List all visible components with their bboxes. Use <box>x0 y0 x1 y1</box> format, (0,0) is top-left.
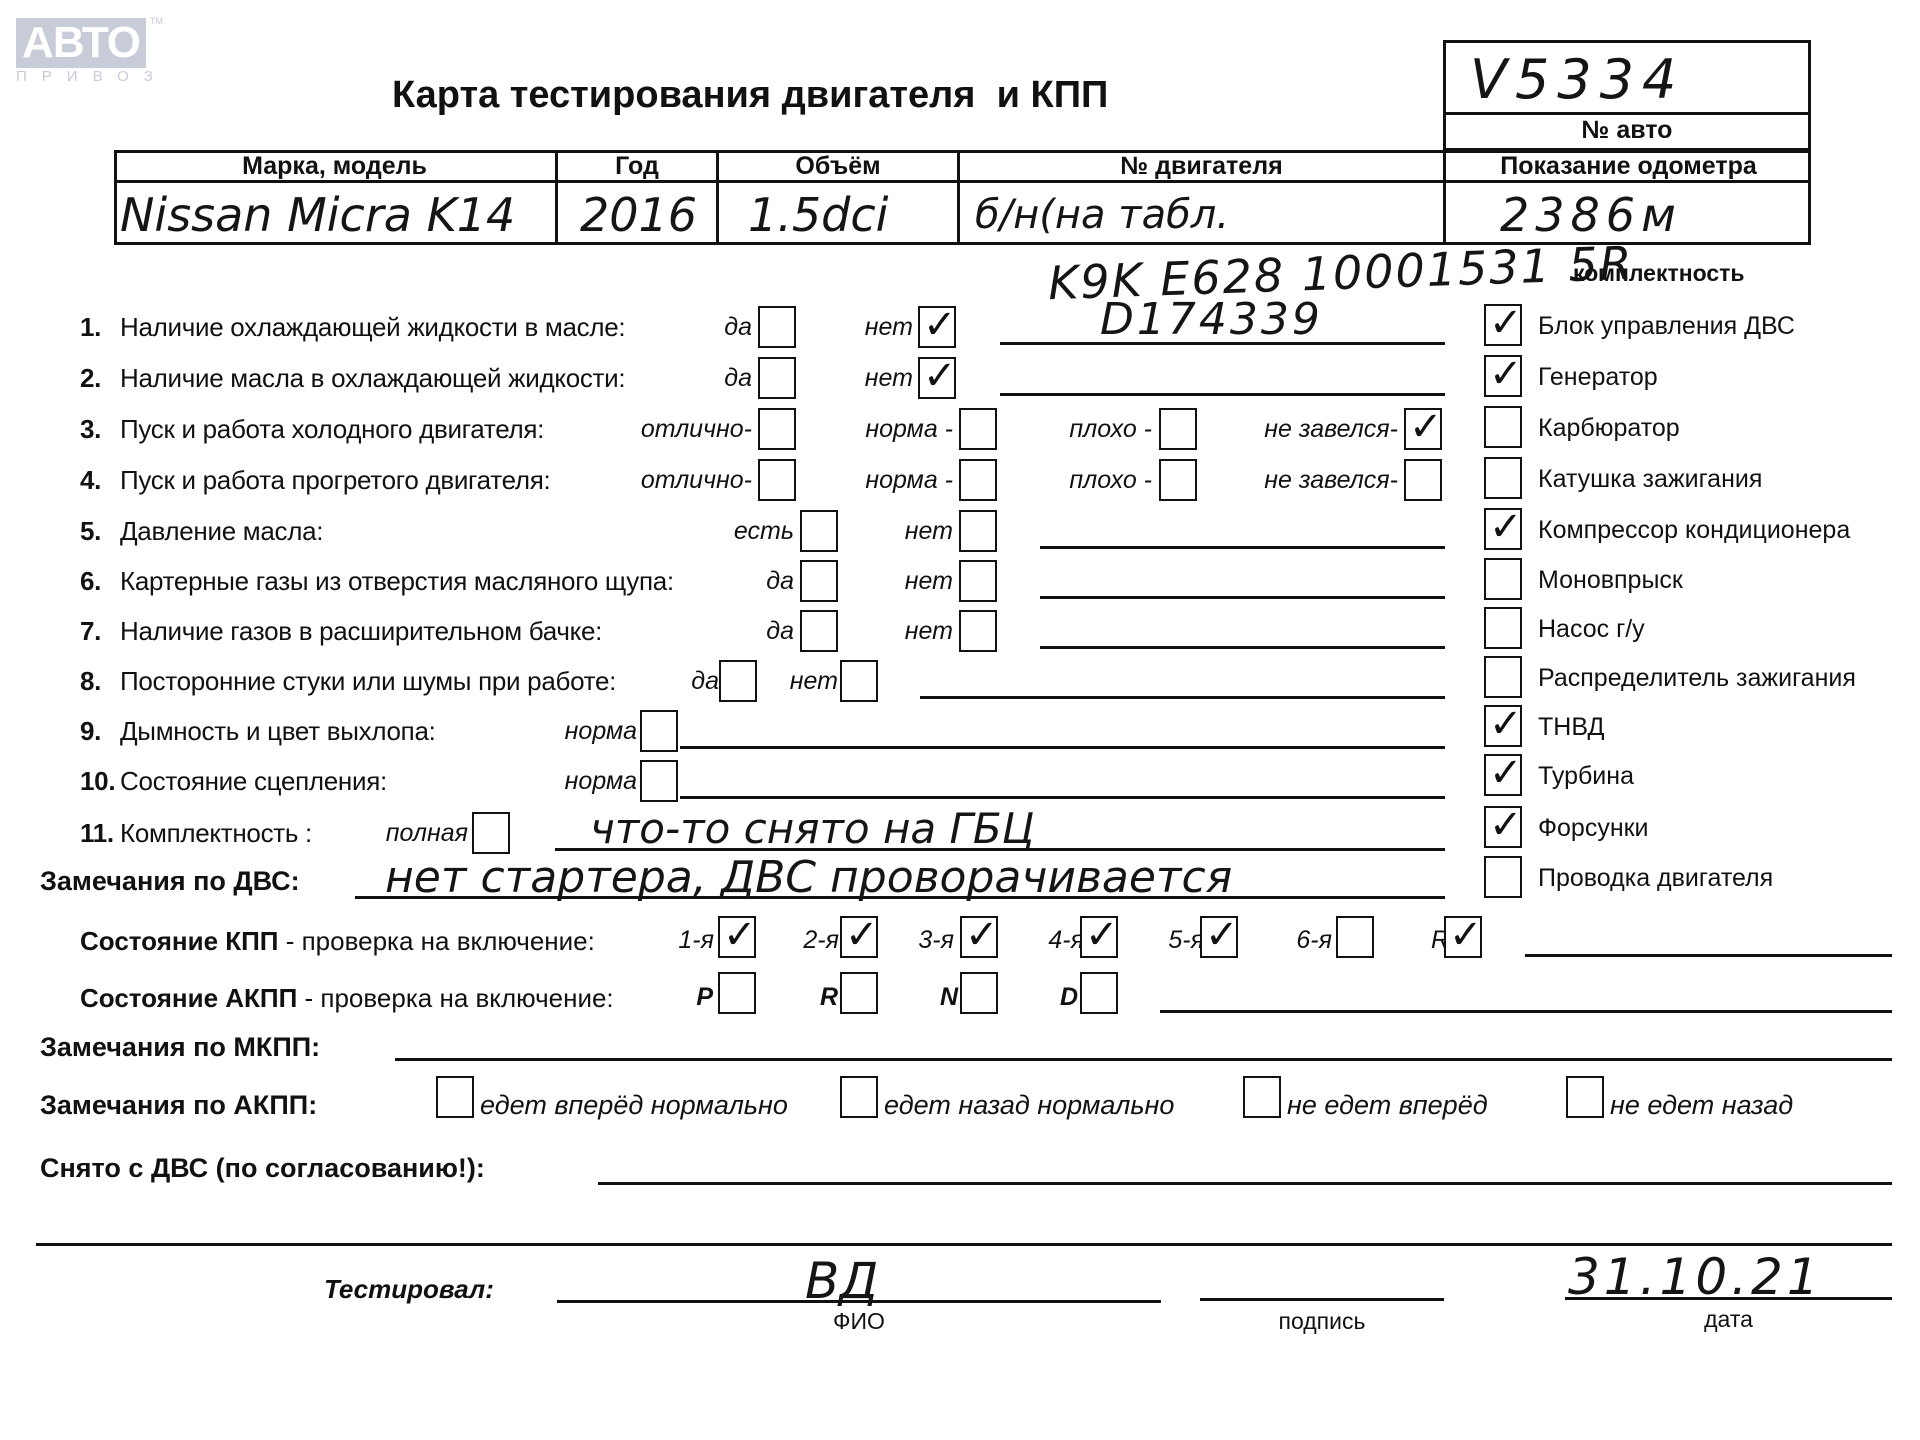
akpp-remark-checkbox[interactable] <box>436 1076 474 1118</box>
option-label: не завелся- <box>1264 415 1398 444</box>
option-checkbox[interactable] <box>959 510 997 552</box>
option-checkbox[interactable] <box>800 560 838 602</box>
option-checkbox[interactable] <box>959 610 997 652</box>
completeness-checkbox[interactable] <box>1484 457 1522 499</box>
question-text: Дымность и цвет выхлопа: <box>120 716 436 747</box>
header-year: Год <box>558 152 716 181</box>
akpp-remark-checkbox[interactable] <box>840 1076 878 1118</box>
question-notes-line[interactable] <box>920 696 1445 699</box>
option-label: да <box>766 617 794 646</box>
completeness-label: ТНВД <box>1538 713 1604 742</box>
engine-remarks-label: Замечания по ДВС: <box>40 866 300 897</box>
logo-subtitle: ПРИВОЗ <box>16 68 168 85</box>
option-checkbox[interactable] <box>1159 408 1197 450</box>
gear-checkbox[interactable] <box>718 916 756 958</box>
gear-label: 1-я <box>678 926 714 955</box>
completeness-label: Проводка двигателя <box>1538 864 1773 893</box>
option-label: нет <box>905 617 953 646</box>
question-text: Наличие масла в охлаждающей жидкости: <box>120 363 625 394</box>
option-label: полная <box>386 819 468 848</box>
question-text: Пуск и работа холодного двигателя: <box>120 414 544 445</box>
completeness-label: Карбюратор <box>1538 414 1680 443</box>
option-checkbox[interactable] <box>959 408 997 450</box>
question-number: 6. <box>80 566 101 597</box>
auto-gearbox-label-rest: - проверка на включение: <box>297 983 613 1013</box>
completeness-checkbox[interactable] <box>1484 705 1522 747</box>
gear-checkbox[interactable] <box>960 972 998 1014</box>
option-checkbox[interactable] <box>640 760 678 802</box>
option-label: норма <box>565 717 637 746</box>
completeness-label: Насос г/у <box>1538 615 1645 644</box>
gear-label: 6-я <box>1296 926 1332 955</box>
akpp-remark-checkbox[interactable] <box>1243 1076 1281 1118</box>
gear-label: 4-я <box>1048 926 1084 955</box>
question-number: 9. <box>80 716 101 747</box>
completeness-label: Моновпрыск <box>1538 566 1683 595</box>
completeness-label: Форсунки <box>1538 814 1649 843</box>
question-number: 8. <box>80 666 101 697</box>
auto-gearbox-label-bold: Состояние АКПП <box>80 983 297 1013</box>
completeness-label: Генератор <box>1538 363 1658 392</box>
question-notes-line[interactable] <box>1040 646 1445 649</box>
option-checkbox[interactable] <box>472 812 510 854</box>
date-line <box>1565 1297 1892 1300</box>
removed-line[interactable] <box>598 1182 1892 1185</box>
mkpp-remarks-line[interactable] <box>395 1058 1892 1061</box>
header-volume: Объём <box>719 152 957 181</box>
question-text: Картерные газы из отверстия масляного щу… <box>120 566 674 597</box>
removed-label: Снято с ДВС (по согласованию!): <box>40 1153 485 1184</box>
option-label: отлично- <box>641 466 752 495</box>
completeness-header: комплектность <box>1573 260 1745 287</box>
manual-gearbox-label-rest: - проверка на включение: <box>279 926 595 956</box>
question-text: Наличие газов в расширительном бачке: <box>120 616 602 647</box>
option-checkbox[interactable] <box>719 660 757 702</box>
question-number: 1. <box>80 312 101 343</box>
question-notes-line[interactable] <box>1040 546 1445 549</box>
option-checkbox[interactable] <box>758 459 796 501</box>
gear-label: D <box>1060 983 1078 1012</box>
completeness-checkbox[interactable] <box>1484 406 1522 448</box>
volume-value[interactable]: 1.5dci <box>748 188 888 242</box>
option-checkbox[interactable] <box>840 660 878 702</box>
option-checkbox[interactable] <box>918 357 956 399</box>
completeness-label: Катушка зажигания <box>1538 465 1762 494</box>
completeness-note: что-то снято на ГБЦ <box>590 804 1034 853</box>
option-label: да <box>766 567 794 596</box>
tester-name-line <box>557 1300 1161 1303</box>
auto-gearbox-line <box>1160 1010 1892 1013</box>
completeness-checkbox[interactable] <box>1484 754 1522 796</box>
tested-by-label: Тестировал: <box>324 1274 494 1305</box>
option-label: нет <box>905 567 953 596</box>
question-number: 7. <box>80 616 101 647</box>
header-make-model: Марка, модель <box>114 152 555 181</box>
question-notes-line[interactable] <box>1000 342 1445 345</box>
option-checkbox[interactable] <box>959 459 997 501</box>
gear-label: 5-я <box>1168 926 1204 955</box>
option-label: норма - <box>865 415 953 444</box>
completeness-label: Распределитель зажигания <box>1538 664 1856 693</box>
question-number: 10. <box>80 766 115 797</box>
completeness-checkbox[interactable] <box>1484 558 1522 600</box>
completeness-label: Блок управления ДВС <box>1538 312 1795 341</box>
logo-trademark: TM <box>150 16 163 26</box>
page-title: Карта тестирования двигателя и КПП <box>392 74 1108 117</box>
question-text: Посторонние стуки или шумы при работе: <box>120 666 616 697</box>
question-text: Наличие охлаждающей жидкости в масле: <box>120 312 625 343</box>
option-label: плохо - <box>1069 466 1152 495</box>
completeness-checkbox[interactable] <box>1484 656 1522 698</box>
make-model-value[interactable]: Nissan Micra K14 <box>120 188 515 242</box>
header-odometer: Показание одометра <box>1446 152 1811 181</box>
question-number: 11. <box>80 818 114 849</box>
mkpp-remarks-label: Замечания по МКПП: <box>40 1032 320 1063</box>
option-label: нет <box>790 667 838 696</box>
akpp-remark-label: не едет вперёд <box>1287 1090 1488 1121</box>
option-label: норма <box>565 767 637 796</box>
vehicle-number-label: № авто <box>1443 116 1811 145</box>
vehicle-number-value[interactable]: V5334 <box>1470 48 1684 111</box>
engine-number-value[interactable]: б/н(на табл. <box>975 192 1229 238</box>
header-engine-number: № двигателя <box>960 152 1443 181</box>
akpp-remarks-label: Замечания по АКПП: <box>40 1090 317 1121</box>
akpp-remark-checkbox[interactable] <box>1566 1076 1604 1118</box>
option-label: нет <box>865 313 913 342</box>
gear-label: P <box>696 983 713 1012</box>
option-checkbox[interactable] <box>800 510 838 552</box>
logo: АВТО <box>16 18 146 68</box>
gear-checkbox[interactable] <box>1444 916 1482 958</box>
option-label: да <box>724 364 752 393</box>
gear-label: 3-я <box>918 926 954 955</box>
option-checkbox[interactable] <box>800 610 838 652</box>
option-label: плохо - <box>1069 415 1152 444</box>
option-checkbox[interactable] <box>1404 459 1442 501</box>
option-checkbox[interactable] <box>758 306 796 348</box>
date-caption: дата <box>1565 1306 1892 1333</box>
completeness-label: Компрессор кондиционера <box>1538 516 1850 545</box>
option-checkbox[interactable] <box>918 306 956 348</box>
akpp-remark-label: едет вперёд нормально <box>480 1090 788 1121</box>
option-label: есть <box>734 517 794 546</box>
option-label: нет <box>865 364 913 393</box>
gear-label: R <box>820 983 838 1012</box>
completeness-checkbox[interactable] <box>1484 508 1522 550</box>
gear-checkbox[interactable] <box>1200 916 1238 958</box>
option-label: норма - <box>865 466 953 495</box>
option-checkbox[interactable] <box>758 408 796 450</box>
completeness-checkbox[interactable] <box>1484 806 1522 848</box>
manual-gearbox-label: Состояние КПП - проверка на включение: <box>80 926 595 957</box>
gear-checkbox[interactable] <box>840 916 878 958</box>
gear-label: N <box>940 983 958 1012</box>
option-checkbox[interactable] <box>758 357 796 399</box>
manual-gearbox-label-bold: Состояние КПП <box>80 926 279 956</box>
question-notes-line[interactable] <box>1040 596 1445 599</box>
gear-checkbox[interactable] <box>840 972 878 1014</box>
question-notes-line[interactable] <box>680 746 1445 749</box>
option-checkbox[interactable] <box>1159 459 1197 501</box>
year-value[interactable]: 2016 <box>580 188 697 242</box>
question-number: 4. <box>80 465 101 496</box>
completeness-checkbox[interactable] <box>1484 856 1522 898</box>
gear-checkbox[interactable] <box>718 972 756 1014</box>
engine-remarks-value[interactable]: нет стартера, ДВС проворачивается <box>385 852 1232 903</box>
removed-line-2[interactable] <box>36 1243 1892 1246</box>
signature-line[interactable] <box>1200 1298 1444 1301</box>
signature-caption: подпись <box>1200 1308 1444 1335</box>
gear-checkbox[interactable] <box>960 916 998 958</box>
question-text: Пуск и работа прогретого двигателя: <box>120 465 550 496</box>
option-checkbox[interactable] <box>959 560 997 602</box>
gear-checkbox[interactable] <box>1336 916 1374 958</box>
gear-checkbox[interactable] <box>1080 916 1118 958</box>
tester-name-caption: ФИО <box>557 1308 1161 1335</box>
question-notes-line[interactable] <box>1000 393 1445 396</box>
option-label: да <box>691 667 719 696</box>
question-number: 3. <box>80 414 101 445</box>
odometer-value[interactable]: 2386м <box>1500 188 1682 242</box>
question-number: 2. <box>80 363 101 394</box>
engine-number-note-2: D174339 <box>1100 294 1323 345</box>
option-label: не завелся- <box>1264 466 1398 495</box>
question-number: 5. <box>80 516 101 547</box>
akpp-remark-label: не едет назад <box>1610 1090 1793 1121</box>
akpp-remark-label: едет назад нормально <box>884 1090 1174 1121</box>
option-label: да <box>724 313 752 342</box>
manual-gearbox-line <box>1525 954 1892 957</box>
gear-label: 2-я <box>803 926 839 955</box>
divider <box>1443 112 1811 115</box>
question-text: Давление масла: <box>120 516 323 547</box>
completeness-checkbox[interactable] <box>1484 304 1522 346</box>
question-text: Комплектность : <box>120 818 312 849</box>
completeness-label: Турбина <box>1538 762 1634 791</box>
question-notes-line[interactable] <box>680 796 1445 799</box>
question-text: Состояние сцепления: <box>120 766 387 797</box>
completeness-checkbox[interactable] <box>1484 355 1522 397</box>
completeness-checkbox[interactable] <box>1484 607 1522 649</box>
option-checkbox[interactable] <box>640 710 678 752</box>
option-label: отлично- <box>641 415 752 444</box>
option-checkbox[interactable] <box>1404 408 1442 450</box>
gear-checkbox[interactable] <box>1080 972 1118 1014</box>
option-label: нет <box>905 517 953 546</box>
auto-gearbox-label: Состояние АКПП - проверка на включение: <box>80 983 614 1014</box>
